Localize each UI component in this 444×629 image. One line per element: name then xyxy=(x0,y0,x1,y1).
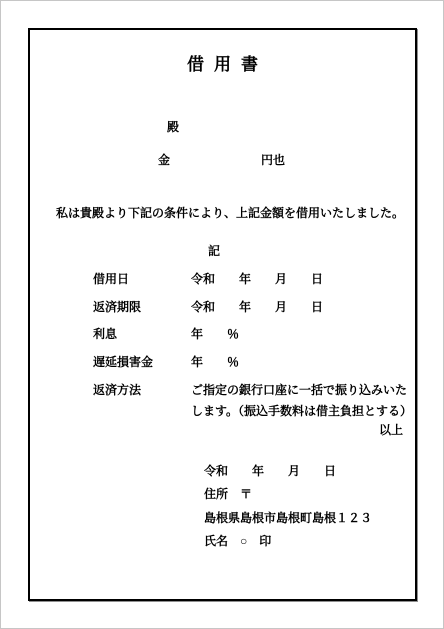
term-label: 返済方法 xyxy=(93,382,191,422)
term-label: 遅延損害金 xyxy=(93,354,191,370)
loan-note-page: 借用書 殿 金 円也 私は貴殿より下記の条件により、上記金額を借用いたしました。… xyxy=(28,28,417,601)
amount-blank-field xyxy=(170,163,261,164)
term-row-late-damages: 遅延損害金 年 ％ xyxy=(93,354,239,370)
term-row-borrow-date: 借用日 令和 年 月 日 xyxy=(93,271,323,287)
creditor-suffix-label: 殿 xyxy=(167,120,179,134)
term-value: 令和 年 月 日 xyxy=(191,271,323,287)
term-value: ご指定の銀行口座に一括で振り込みいた します。（振込手数料は借主負担とする） xyxy=(191,380,412,422)
term-row-repayment-method: 返済方法 ご指定の銀行口座に一括で振り込みいた します。（振込手数料は借主負担と… xyxy=(93,382,412,422)
declaration-text: 私は貴殿より下記の条件により、上記金額を借用いたしました。 xyxy=(56,205,404,221)
term-value: 年 ％ xyxy=(191,354,239,370)
term-value: 年 ％ xyxy=(191,326,239,342)
term-row-interest: 利息 年 ％ xyxy=(93,326,239,342)
term-label: 借用日 xyxy=(93,271,191,287)
amount-suffix-label: 円也 xyxy=(261,152,285,168)
amount-prefix-label: 金 xyxy=(158,152,170,168)
signature-date-line: 令和 年 月 日 xyxy=(204,463,336,479)
signature-address-label: 住所 〒 xyxy=(204,486,252,502)
term-value: 令和 年 月 日 xyxy=(191,299,323,315)
record-marker: 記 xyxy=(208,243,220,259)
signature-name-seal-line: 氏名 ○ 印 xyxy=(204,533,271,549)
closing-marker: 以上 xyxy=(30,422,415,438)
term-label: 利息 xyxy=(93,326,191,342)
amount-line: 金 円也 xyxy=(158,152,285,168)
term-label: 返済期限 xyxy=(93,299,191,315)
document-preview: 借用書 殿 金 円也 私は貴殿より下記の条件により、上記金額を借用いたしました。… xyxy=(0,0,444,629)
signature-address: 島根県島根市島根町島根１２３ xyxy=(204,510,372,526)
term-row-repayment-deadline: 返済期限 令和 年 月 日 xyxy=(93,299,323,315)
document-title: 借用書 xyxy=(30,54,415,76)
creditor-name-line: 殿 xyxy=(149,103,179,151)
